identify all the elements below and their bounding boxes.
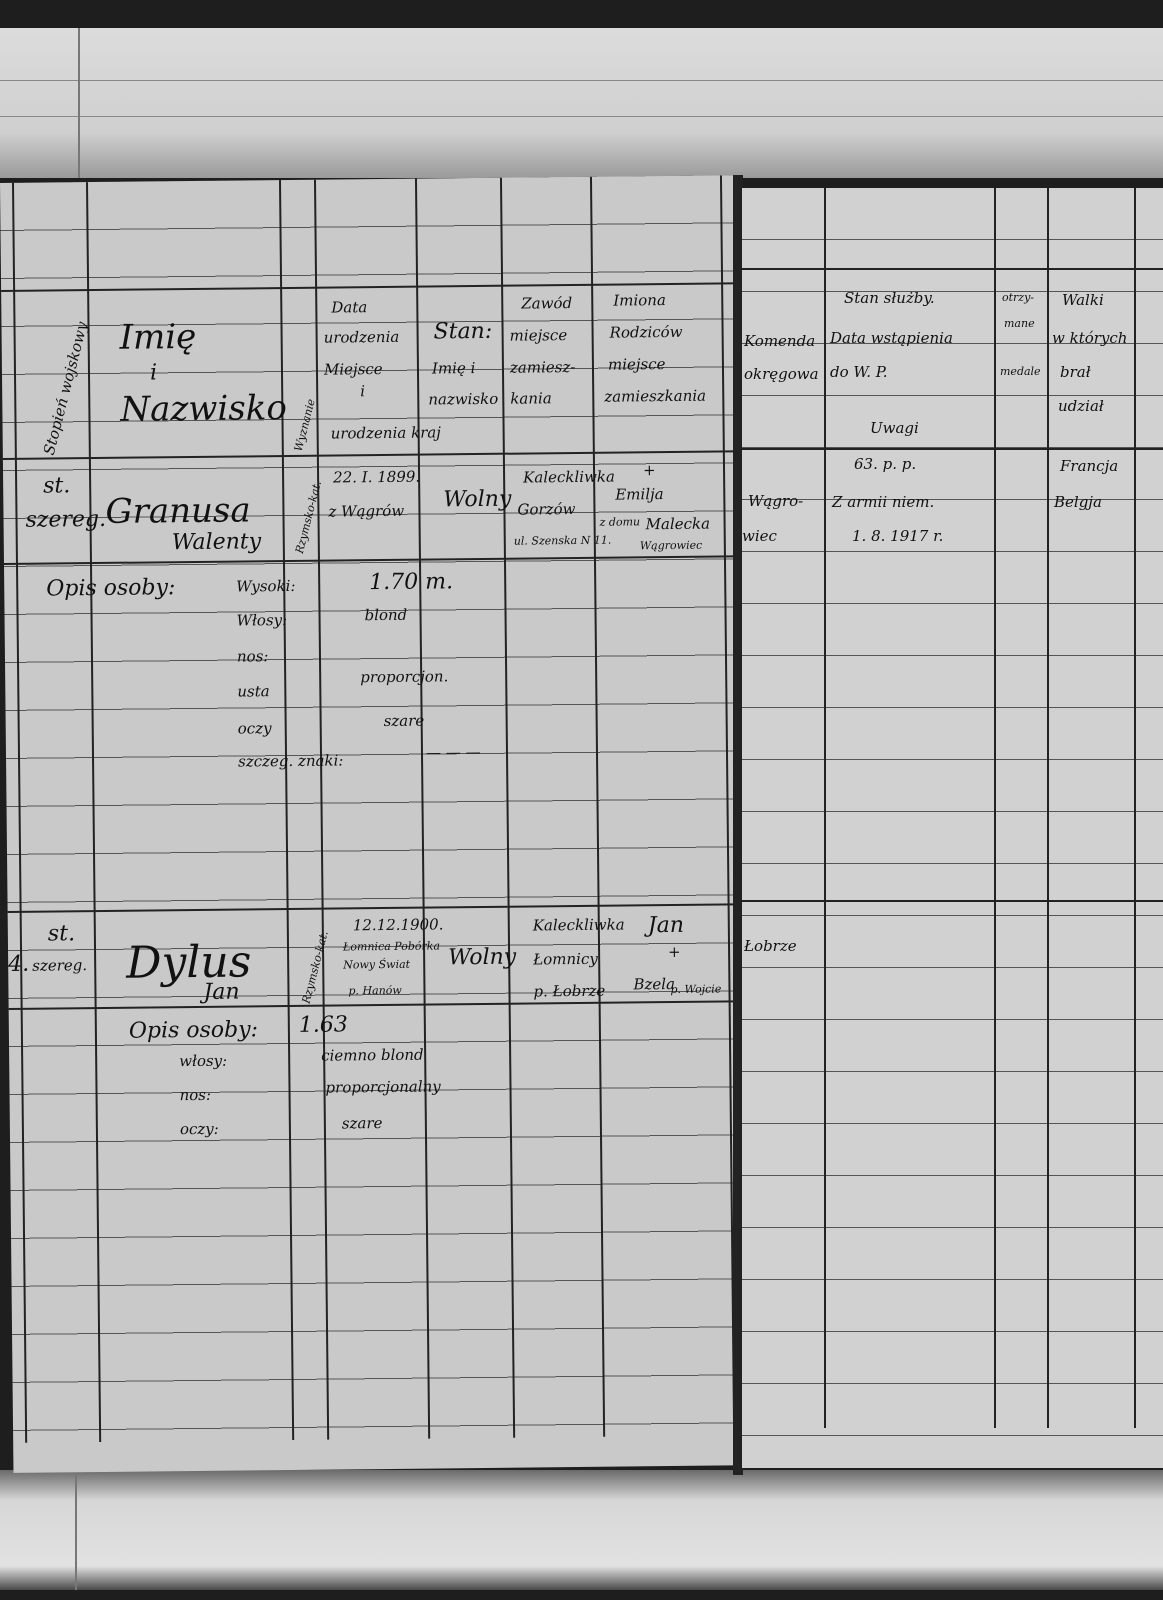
entry1-service-date: 1. 8. 1917 r. [852,528,943,545]
entry2-first-name: Jan [203,981,239,1006]
entry1-desc-field: szczeg. znaki: [238,752,344,770]
column-rule [590,177,605,1437]
header-religion: Wyznanie [293,398,318,453]
entry2-parents-mark: + [668,944,681,961]
entry1-desc-value: blond [364,607,407,624]
entry1-rank-2: szereg. [25,508,106,533]
entry2-desc-value: proporcjonalny [325,1078,440,1096]
header-name-1: Imię [119,319,196,357]
header-parents-2: Rodziców [610,324,683,341]
entry2-desc-value: ciemno blond [321,1047,424,1065]
header-parents-1: Imiona [613,292,666,309]
header-name-3: Nazwisko [120,390,287,429]
header-status-2: Imię i [432,360,476,377]
header-birth-2: urodzenia [324,329,400,346]
entry-1-rule [4,555,744,565]
header-birth-5: urodzenia kraj [331,424,441,442]
entry2-number: 4. [8,953,29,977]
entry1-surname: Granusa [105,492,251,531]
entry1-birth-place: z Wągrów [328,503,404,520]
header-battles-4: udział [1058,398,1104,415]
header-status-1: Stan: [433,320,492,345]
header-birth-1: Data [331,299,367,316]
entry1-desc-value: 1.70 m. [369,570,453,595]
entry1-religion: Rzymsko-kat. [294,480,324,555]
entry1-parents-place: Wągrowiec [640,540,703,553]
entry2-residence-2: p. Łobrze [533,983,605,1000]
ledger-page-right: Komenda okręgowa Stan służby. Data wstąp… [742,188,1163,1468]
entry2-desc-field: włosy: [179,1053,227,1070]
entry1-parents-mother: Emilja [615,486,664,503]
header-parents-3: miejsce [608,356,666,373]
header-battles-2: w których [1052,330,1127,347]
header-service-1: Stan służby. [844,290,935,307]
header-district-1: Komenda [744,333,815,350]
entry1-desc-value: szare [384,713,425,730]
entry1-service-army: Z armii niem. [832,494,934,511]
header-status-3: nazwisko [428,391,498,408]
entry1-description-label: Opis osoby: [46,576,175,602]
entry1-service-unit: 63. p. p. [854,456,916,473]
header-bottom-rule [3,450,743,460]
header-medals-1: otrzy- [1002,292,1034,304]
entry1-desc-field: Włosy: [237,612,288,629]
entry1-occupation: Kaleckliwka [523,469,615,486]
header-birth-4: i [360,383,365,400]
entry1-battles-2: Belgja [1054,494,1102,511]
header-medals-3: medale [1000,366,1041,378]
entry1-desc-value: proporcjon. [360,668,448,685]
underlying-page-top [0,28,1163,178]
header-bottom-rule [742,448,1163,450]
ruled-line [0,80,1163,81]
entry2-birth-place-3: p. Hanów [348,985,401,998]
entry2-parents-father: Jan [648,914,684,939]
header-battles-3: brał [1060,364,1091,381]
column-rule [415,179,430,1439]
column-rule [824,188,826,1428]
entry1-parents-maiden: Malecka [646,516,711,533]
entry1-desc-field: nos: [237,648,269,665]
entry2-rank-2: szereg. [32,957,87,974]
entry1-parents-mark: + [643,462,656,479]
header-parents-4: zamieszkania [604,388,706,406]
entry1-desc-field: Wysoki: [236,578,295,595]
header-residence-3: zamiesz- [510,359,576,376]
entry1-battles-1: Francja [1060,458,1118,475]
entry1-rank-1: st. [43,474,70,498]
entry1-district-1: Wągro- [748,493,803,510]
header-birth-3: Miejsce [324,361,383,378]
entry-2-rule [9,1000,749,1010]
column-rule [1047,188,1049,1428]
entry1-desc-field: usta [237,683,270,700]
header-residence-1: Zawód [521,295,572,312]
header-service-3: do W. P. [830,364,888,381]
entry-2-top-rule [8,903,748,913]
header-service-4: Uwagi [870,420,919,437]
entry2-desc-field: oczy: [180,1121,219,1138]
underlying-page-bottom [0,1470,1163,1590]
entry2-rank-1: st. [48,922,75,946]
column-rule [86,182,101,1442]
ledger-page-left: Stopień wojskowy Imię i Nazwisko Wyznani… [0,175,753,1473]
entry2-birth-date: 12.12.1900. [353,916,444,933]
entry2-description-label: Opis osoby: [129,1018,258,1044]
entry1-birth-date: 22. I. 1899. [333,469,420,486]
header-residence-2: miejsce [510,327,568,344]
entry2-district: Łobrze [744,938,797,955]
entry1-residence-1: Gorzów [517,501,575,518]
entry2-status: Wolny [448,946,516,971]
entry1-first-name: Walenty [172,530,262,555]
entry2-occupation: Kaleckliwka [533,917,625,934]
margin-line [75,1470,77,1590]
entry1-desc-value: — — — [426,744,481,761]
entry2-birth-place-1: Łomnica Pobórka [343,940,440,953]
header-residence-4: kania [510,390,552,407]
header-rank: Stopień wojskowy [41,320,91,457]
entry2-religion: Rzymsko-kat. [301,930,331,1005]
column-rule [12,183,27,1443]
entry1-parents-note: z domu [600,516,641,529]
column-rule [279,180,294,1440]
entry2-birth-place-2: Nowy Świat [343,959,410,972]
column-rule [994,188,996,1428]
header-name-2: i [150,361,157,385]
header-top-rule [742,268,1163,270]
entry1-desc-field: oczy [238,720,272,737]
entry2-residence-1: Łomnicy [533,951,598,968]
entry1-residence-2: ul. Szenska N 11. [514,535,612,548]
entry1-status: Wolny [443,488,511,513]
entry2-desc-value: 1.63 [299,1013,348,1038]
entry2-parents-note: p. Wojcie [670,983,721,996]
entry1-district-2: wiec [742,528,777,545]
header-medals-2: mane [1004,318,1035,330]
entry-2-top-rule [742,900,1163,902]
header-district-2: okręgowa [744,366,819,383]
header-battles-1: Walki [1062,292,1104,309]
ruled-line [0,116,1163,117]
entry2-desc-field: nos: [179,1087,211,1104]
header-service-2: Data wstąpienia [830,330,953,347]
margin-line [78,28,80,178]
entry2-parents-mother: Bzela [633,976,675,993]
entry2-desc-value: szare [342,1115,383,1132]
column-rule [1134,188,1136,1428]
